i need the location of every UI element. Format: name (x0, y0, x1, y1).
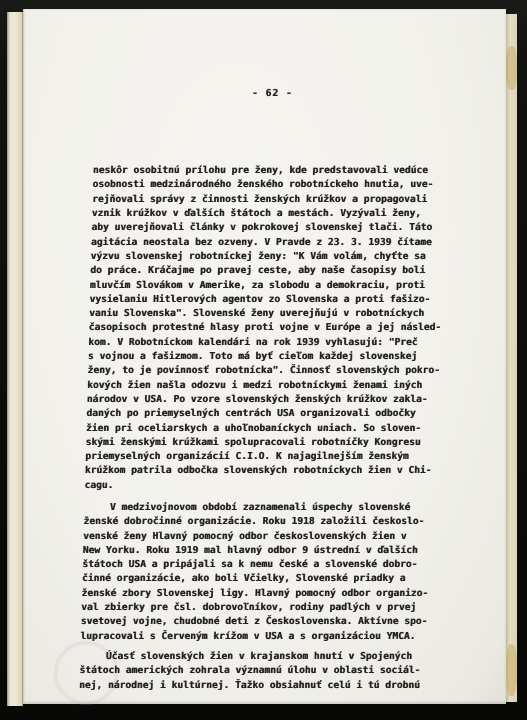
edge-stain (506, 644, 517, 696)
text-line: výzvu slovenskej robotníckej ženy: "K Vá… (90, 250, 446, 264)
text-line: venské ženy Hlavný pomocný odbor českosl… (83, 530, 439, 544)
text-line: s vojnou a fašizmom. Toto má byť cieľom … (88, 350, 444, 364)
text-line: časopisoch protestné hlasy proti vojne v… (89, 321, 445, 335)
text-line: do práce. Kráčajme po pravej ceste, aby … (90, 264, 446, 278)
text-line: ženy, to je povinnosť robotnícka". Činno… (87, 364, 443, 378)
text-line: kom. V Robotníckom kalendári na rok 1939… (88, 336, 444, 350)
text-line: nej, národnej i kultúrnej. Ťažko obsiahn… (79, 679, 435, 693)
book-page-edges-left (7, 12, 23, 706)
text-line: národov v USA. Po vzore slovenských žens… (87, 393, 443, 407)
text-line: daných po priemyselných centrách USA org… (86, 407, 442, 421)
page-number: - 62 - (95, 87, 451, 101)
text-line: aby uverejňovali články v pokrokovej slo… (91, 221, 447, 235)
text-line: neskôr osobitnú prílohu pre ženy, kde pr… (93, 164, 449, 178)
text-line: vysielaniu Hitlerových agentov zo Sloven… (89, 293, 445, 307)
text-line: val zbierky pre čsl. dobrovoľníkov, rodi… (81, 601, 437, 615)
text-line: Účasť slovenských žien v krajanskom hnut… (80, 650, 436, 664)
paragraph: Účasť slovenských žien v krajanskom hnut… (79, 650, 436, 693)
typed-text-block: - 62 - neskôr osobitnú prílohu pre ženy,… (78, 58, 452, 720)
paragraph: neskôr osobitnú prílohu pre ženy, kde pr… (84, 164, 449, 493)
text-line: rejňovali správy z činnosti ženských krú… (92, 193, 448, 207)
text-line: cagu. (84, 479, 440, 493)
text-line: priemyselných organizácií C.I.O. K najag… (85, 450, 441, 464)
text-line: štátoch amerických zohrala významnú úloh… (79, 664, 435, 678)
text-line: ženské zbory Slovenskej ligy. Hlavný pom… (81, 587, 437, 601)
text-line: kových žien našla odozvu i medzi robotní… (87, 379, 443, 393)
text-line: ženské dobročinné organizácie. Roku 1918… (83, 515, 439, 529)
text-line: New Yorku. Roku 1919 mal hlavný odbor 9 … (83, 544, 439, 558)
text-line: svetovej vojne, chudobné deti z Českoslo… (81, 615, 437, 629)
text-line: agitácia neostala bez ozveny. V Pravde z… (91, 236, 447, 250)
text-line: činné organizácie, ako boli Včielky, Slo… (82, 572, 438, 586)
text-line: skými ženskými krúžkami spolupracovali r… (85, 436, 441, 450)
text-line: vznik krúžkov v ďalších štátoch a mestác… (92, 207, 448, 221)
paragraph: V medzivojnovom období zaznamenali úspec… (80, 501, 440, 644)
text-line: štátoch USA a pripájali sa k nemu české … (82, 558, 438, 572)
document-text: neskôr osobitnú prílohu pre ženy, kde pr… (79, 164, 449, 693)
text-line: vaniu Slovenska". Slovenské ženy uverejň… (89, 307, 445, 321)
edge-stain (506, 46, 517, 90)
scanned-page-photo: - 62 - neskôr osobitnú prílohu pre ženy,… (0, 0, 527, 720)
text-line: žien pri oceliarskych a uhoľnobaníckych … (86, 422, 442, 436)
text-line: krúžkom patrila odbočka slovenských robo… (85, 464, 441, 478)
text-line: mluvčím Slovákom v Amerike, za slobodu a… (90, 279, 446, 293)
text-line: V medzivojnovom období zaznamenali úspec… (84, 501, 440, 515)
text-line: osobnosti medzinárodného ženského robotn… (92, 178, 448, 192)
book-page-edges-right (506, 14, 517, 702)
text-line: lupracovali s Červeným krížom v USA a s … (80, 630, 436, 644)
